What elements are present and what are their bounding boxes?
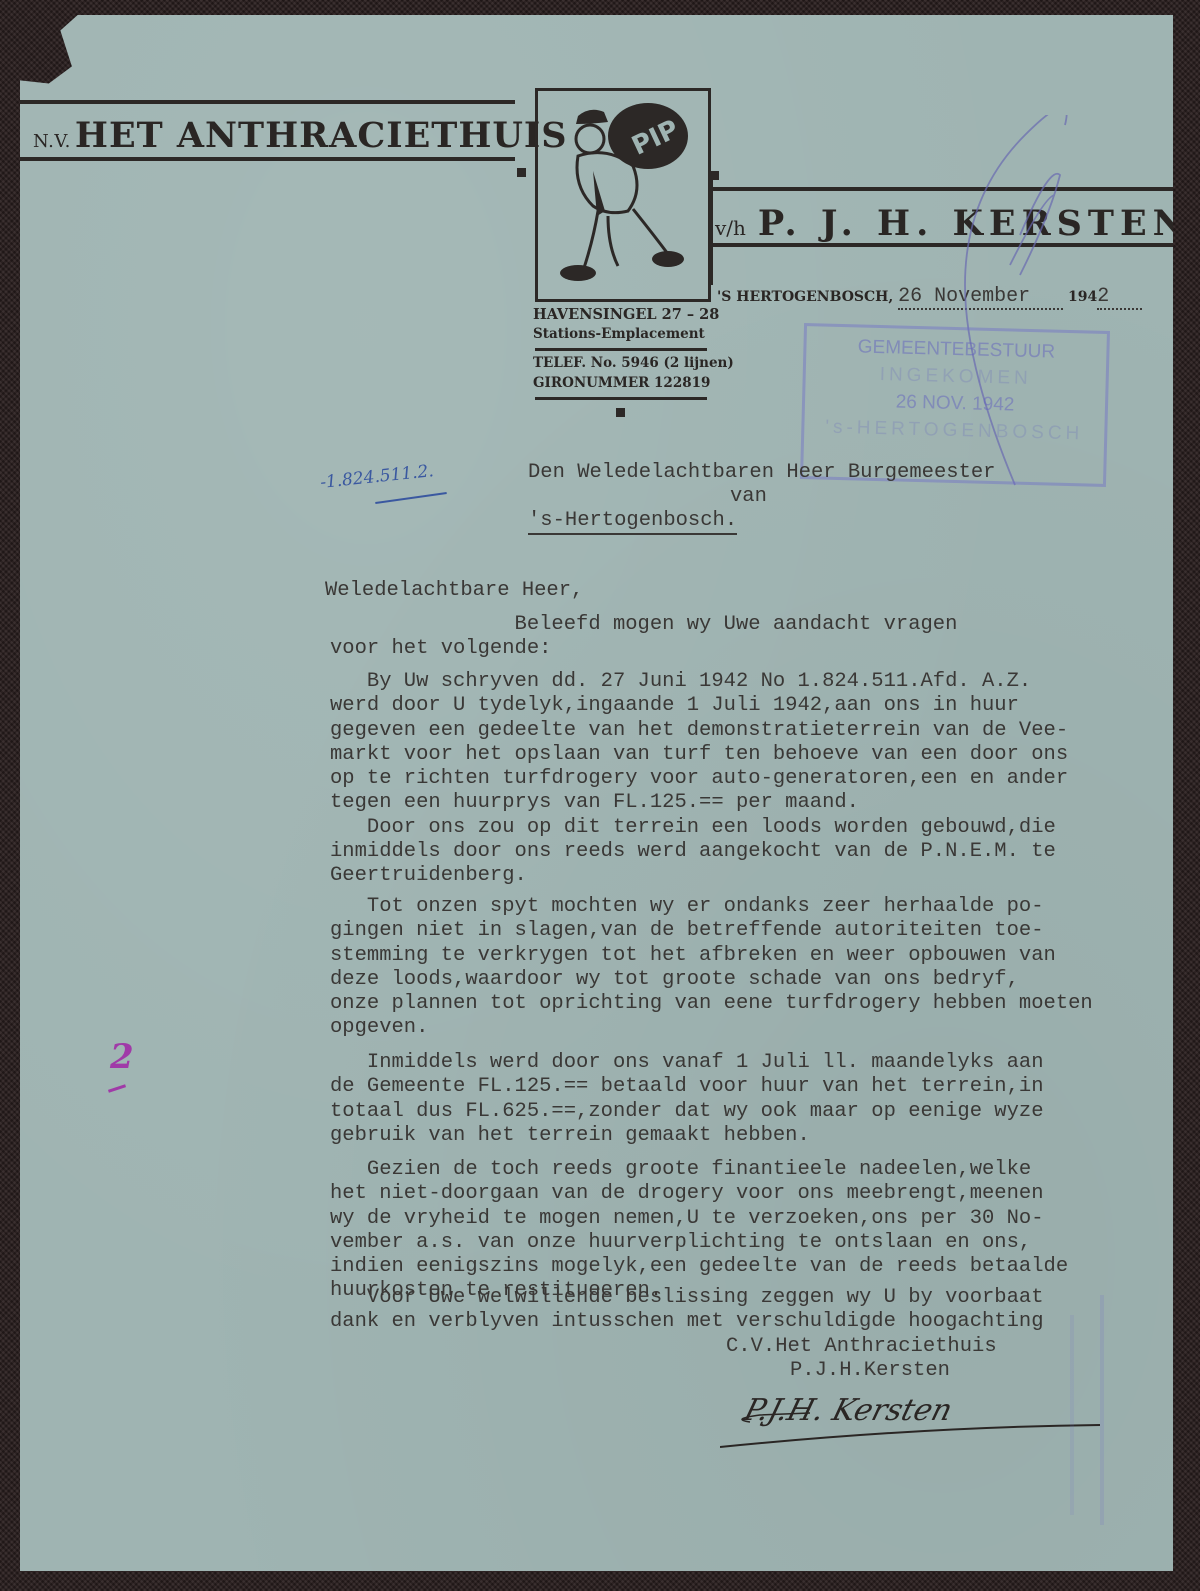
predecessor-prefix: v/h [715,216,746,240]
body-paragraph-5: Gezien de toch reeds groote finantieele … [330,1158,1068,1304]
body-paragraph-2: By Uw schryven dd. 27 Juni 1942 No 1.824… [330,670,1068,889]
reference-underline [375,492,447,504]
page-number-mark: 2 [110,1037,134,1077]
verso-stamp-showthrough [1100,1295,1104,1525]
coal-carrier-illustration-icon: PIP [538,91,708,299]
address-divider-bottom [535,397,707,400]
square-bullet-icon [517,168,526,177]
closing-company: C.V.Het Anthraciethuis [726,1335,997,1358]
letterhead-rule-bottom [20,157,515,161]
square-bullet-icon [710,171,719,180]
letter-sheet: N.V.HET ANTHRACIETHUIS PIP HAVENSINGEL 2… [20,15,1173,1571]
signature-flourish-icon [720,1387,1120,1467]
body-paragraph-1: Beleefd mogen wy Uwe aandacht vragen voo… [330,613,957,662]
year-field: 2 [1097,285,1142,310]
handwritten-reference: -1.824.511.2. [319,461,434,493]
addressee-line2: van [730,485,767,508]
phone-number: TELEF. No. 5946 (2 lijnen) [533,355,734,371]
pip-logo: PIP [535,88,711,302]
addressee-city: 's-Hertogenbosch. [528,509,737,535]
address-station: Stations-Emplacement [533,326,705,342]
address-divider [535,348,707,351]
body-paragraph-4: Inmiddels werd door ons vanaf 1 Juli ll.… [330,1051,1044,1148]
body-paragraph-6: Voor Uwe welwillende beslissing zeggen w… [330,1286,1044,1335]
addressee-line1: Den Weledelachtbaren Heer Burgemeester [528,461,995,484]
closing-name: P.J.H.Kersten [790,1359,950,1382]
salutation: Weledelachtbare Heer, [325,579,583,602]
address-street: HAVENSINGEL 27 – 28 [533,306,719,323]
place-label: 'S HERTOGENBOSCH, [717,289,893,305]
company-name: HET ANTHRACIETHUIS [75,115,568,156]
giro-number: GIRONUMMER 122819 [533,375,710,391]
legal-form: N.V. [33,131,71,152]
square-bullet-icon [616,408,625,417]
company-name-block: N.V.HET ANTHRACIETHUIS [33,115,568,156]
signature: P.J.H. Kersten [720,1387,1120,1467]
page-mark-underline [108,1084,126,1092]
letterhead-rule-top [20,100,515,104]
letterhead-vertical-rule [710,180,713,285]
verso-text-showthrough [1070,1315,1074,1515]
body-paragraph-3: Tot onzen spyt mochten wy er ondanks zee… [330,895,1093,1041]
